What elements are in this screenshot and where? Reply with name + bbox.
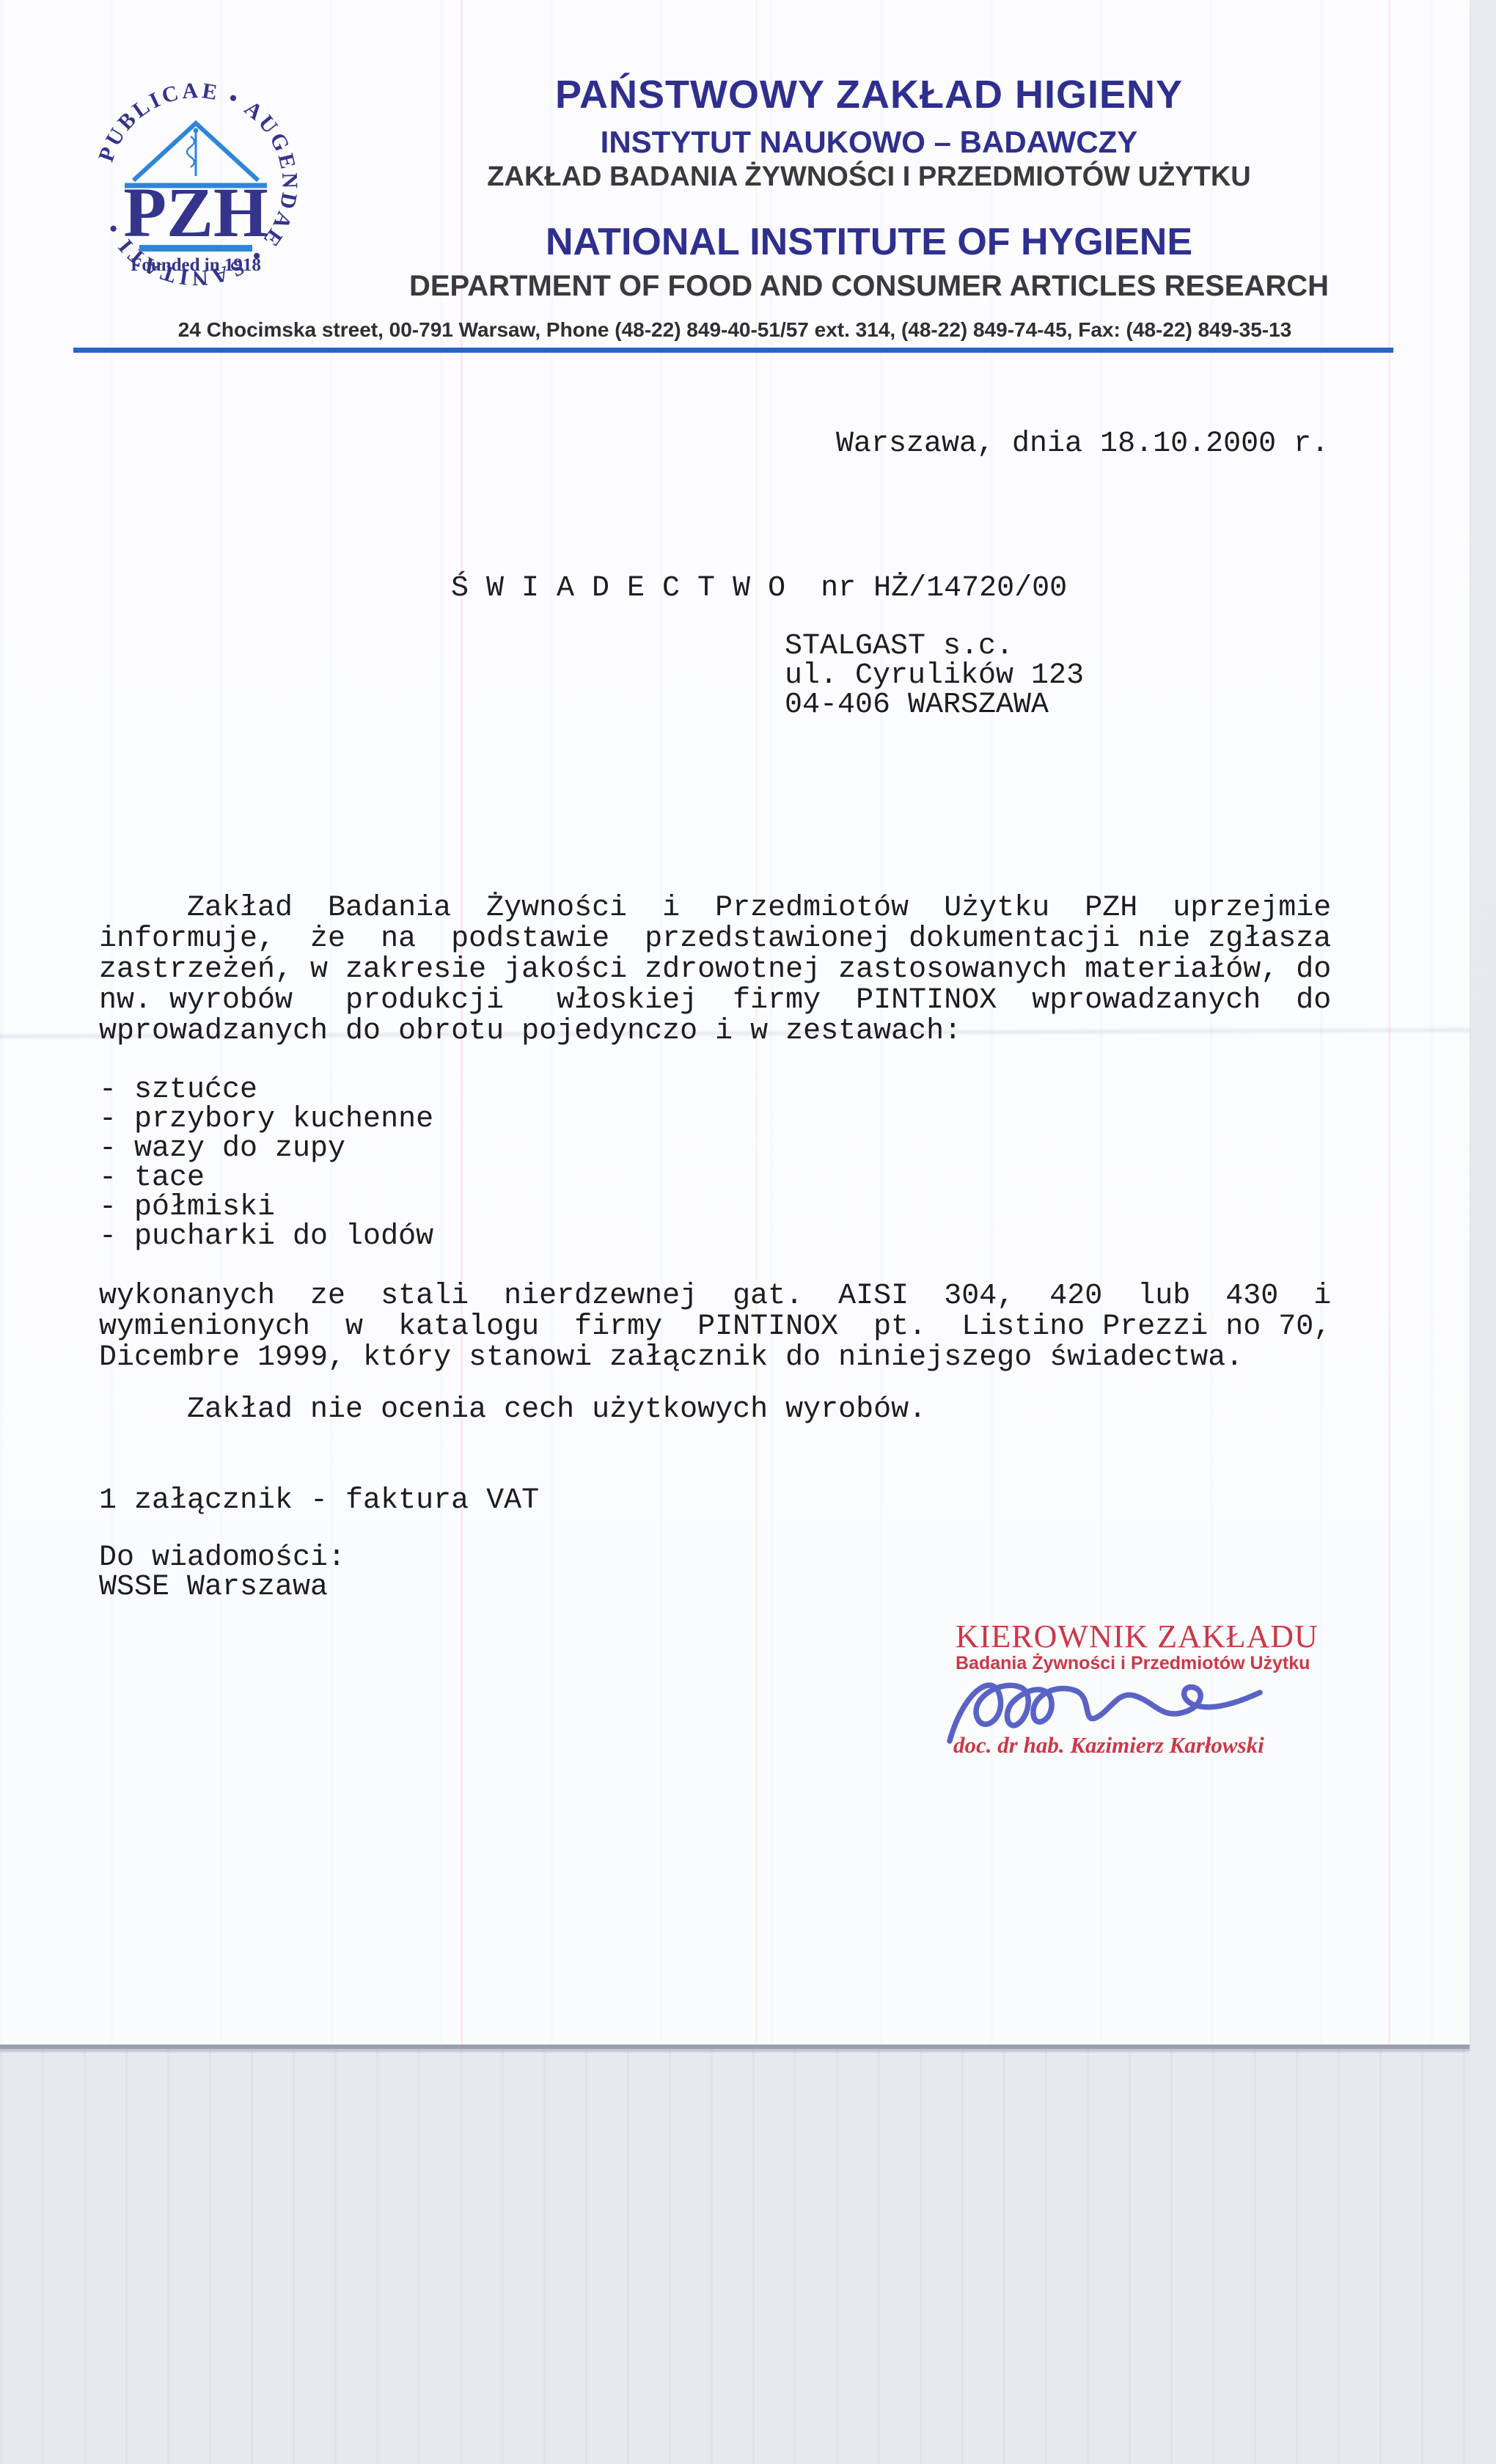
cc-block: Do wiadomości: WSSE Warszawa — [99, 1544, 345, 1602]
scan-streak — [1388, 0, 1390, 2045]
recipient-address: STALGAST s.c. ul. Cyrulików 123 04-406 W… — [785, 632, 1084, 720]
scanned-document: PUBLICAE • AUGENDAE • SANITATI • PZH Fou… — [0, 0, 1496, 2464]
dateline: Warszawa, dnia 18.10.2000 r. — [836, 429, 1329, 460]
header-divider — [73, 348, 1393, 353]
disclaimer-note: Zakład nie ocenia cech użytkowych wyrobó… — [99, 1395, 926, 1426]
stamp-title: KIEROWNIK ZAKŁADU — [956, 1618, 1319, 1655]
attachment-line: 1 załącznik - faktura VAT — [99, 1486, 539, 1517]
letter-paper: PUBLICAE • AUGENDAE • SANITATI • PZH Fou… — [0, 0, 1470, 2045]
certificate-title: Ś W I A D E C T W O nr HŻ/14720/00 — [451, 573, 1067, 604]
institute-pl: INSTYTUT NAUKOWO – BADAWCZY — [0, 125, 1496, 160]
org-name-pl: PAŃSTWOWY ZAKŁAD HIGIENY — [0, 72, 1496, 117]
body-paragraph-1: Zakład Badania Żywności i Przedmiotów Uż… — [99, 893, 1331, 1047]
body-paragraph-2: wykonanych ze stali nierdzewnej gat. AIS… — [99, 1281, 1331, 1374]
signer-name: doc. dr hab. Kazimierz Karłowski — [953, 1732, 1264, 1759]
department-en: DEPARTMENT OF FOOD AND CONSUMER ARTICLES… — [0, 270, 1496, 303]
department-pl: ZAKŁAD BADANIA ŻYWNOŚCI I PRZEDMIOTÓW UŻ… — [0, 161, 1496, 193]
address-line: 24 Chocimska street, 00-791 Warsaw, Phon… — [0, 318, 1470, 342]
product-list: - sztućce - przybory kuchenne - wazy do … — [99, 1076, 433, 1252]
org-name-en: NATIONAL INSTITUTE OF HYGIENE — [0, 220, 1496, 264]
